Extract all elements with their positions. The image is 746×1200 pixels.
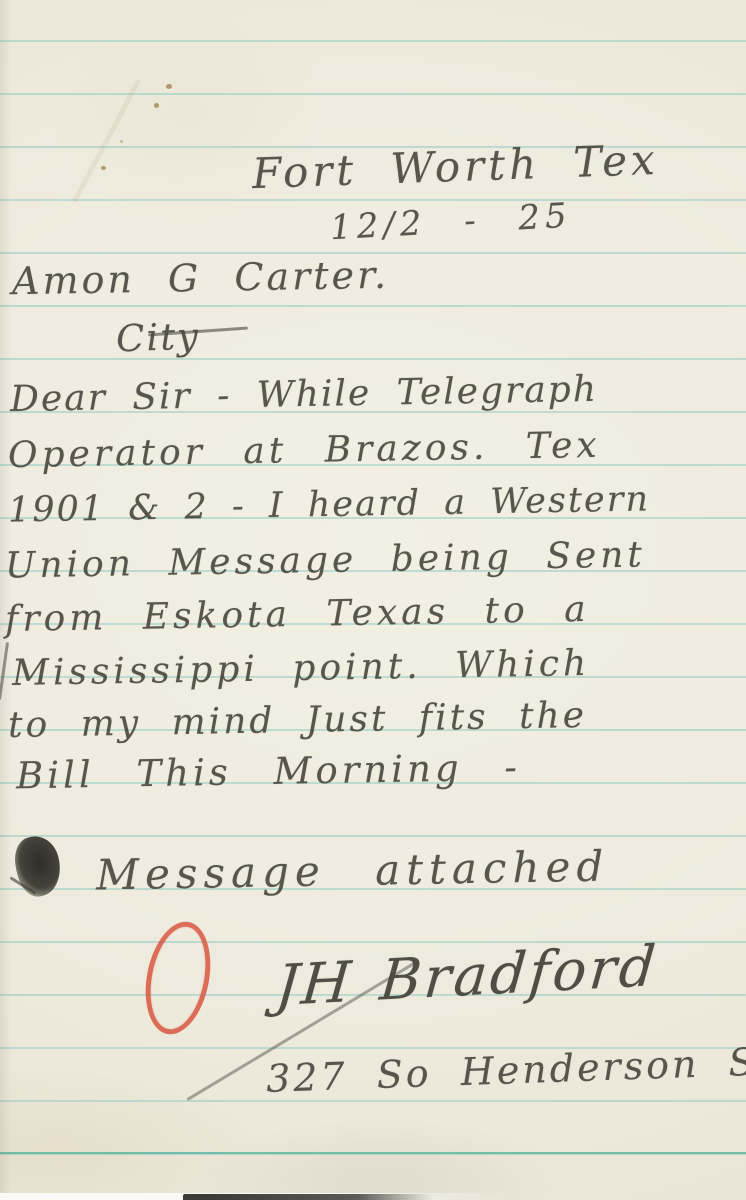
body-line: Bill This Morning - <box>16 746 522 798</box>
stain-speck <box>101 166 106 170</box>
stain-speck <box>120 140 123 143</box>
address-line: 327 So Henderson St <box>265 1039 746 1101</box>
body-line: 1901 & 2 - I heard a Western <box>8 479 651 530</box>
scan-bottom-dark-edge <box>183 1194 433 1200</box>
place-line: Fort Worth Tex <box>251 135 659 198</box>
body-line: Mississippi point. Which <box>12 643 591 694</box>
body-line: Operator at Brazos. Tex <box>8 425 601 476</box>
body-line: Dear Sir - While Telegraph <box>10 369 599 420</box>
body-line: Union Message being Sent <box>5 534 646 586</box>
body-line: to my mind Just fits the <box>8 695 588 746</box>
city-line: City <box>115 315 200 361</box>
ruled-line-strong <box>0 1152 746 1154</box>
stain-speck <box>154 103 159 108</box>
stain-speck <box>166 84 172 89</box>
attachment-line: Message attached <box>96 842 610 900</box>
signature-line: JH Bradford <box>273 934 661 1019</box>
paper-crease <box>72 79 141 203</box>
pencil-scribble-mark <box>9 832 66 901</box>
red-pencil-zero-mark <box>137 916 220 1040</box>
handwritten-letter-page: Fort Worth Tex 12/2 - 25 Amon G Carter. … <box>0 0 746 1200</box>
body-line: from Eskota Texas to a <box>5 589 590 640</box>
recipient-line: Amon G Carter. <box>12 253 390 304</box>
date-line: 12/2 - 25 <box>329 196 572 249</box>
